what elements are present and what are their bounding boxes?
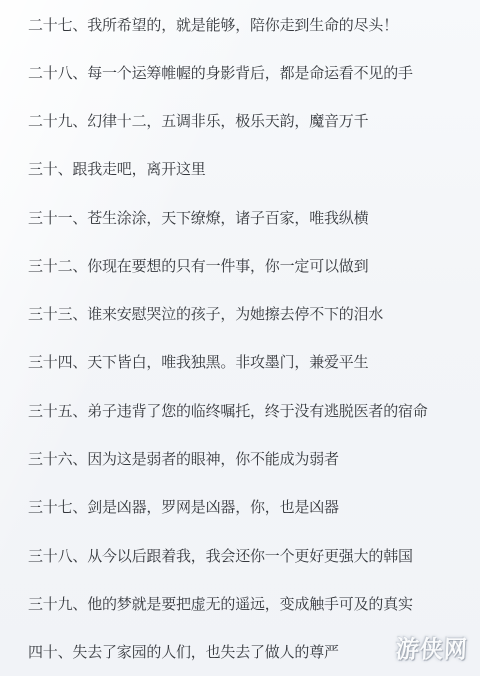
quote-line-33: 三十三、谁来安慰哭泣的孩子，为她擦去停不下的泪水 xyxy=(28,290,472,338)
quote-line-34: 三十四、天下皆白，唯我独黑。非攻墨门，兼爱平生 xyxy=(28,338,472,386)
quote-line-39: 三十九、他的梦就是要把虚无的遥远，变成触手可及的真实 xyxy=(28,579,472,627)
quote-line-29: 二十九、幻律十二，五调非乐，极乐天韵，魔音万千 xyxy=(28,97,472,145)
quote-line-37: 三十七、剑是凶器，罗网是凶器，你，也是凶器 xyxy=(28,483,472,531)
quote-line-35: 三十五、弟子违背了您的临终嘱托，终于没有逃脱医者的宿命 xyxy=(28,386,472,434)
quote-line-32: 三十二、你现在要想的只有一件事，你一定可以做到 xyxy=(28,241,472,289)
quote-line-31: 三十一、苍生涂涂，天下缭燎，诸子百家，唯我纵横 xyxy=(28,193,472,241)
quote-list: 二十七、我所希望的，就是能够，陪你走到生命的尽头！ 二十八、每一个运筹帷幄的身影… xyxy=(0,0,480,676)
quote-line-38: 三十八、从今以后跟着我，我会还你一个更好更强大的韩国 xyxy=(28,531,472,579)
quote-line-36: 三十六、因为这是弱者的眼神，你不能成为弱者 xyxy=(28,434,472,482)
quote-line-28: 二十八、每一个运筹帷幄的身影背后，都是命运看不见的手 xyxy=(28,48,472,96)
youxia-site-watermark: 游侠网 xyxy=(395,630,469,665)
quote-line-27: 二十七、我所希望的，就是能够，陪你走到生命的尽头！ xyxy=(28,0,472,48)
quote-list-page: 二十七、我所希望的，就是能够，陪你走到生命的尽头！ 二十八、每一个运筹帷幄的身影… xyxy=(0,0,480,676)
quote-line-30: 三十、跟我走吧，离开这里 xyxy=(28,145,472,193)
